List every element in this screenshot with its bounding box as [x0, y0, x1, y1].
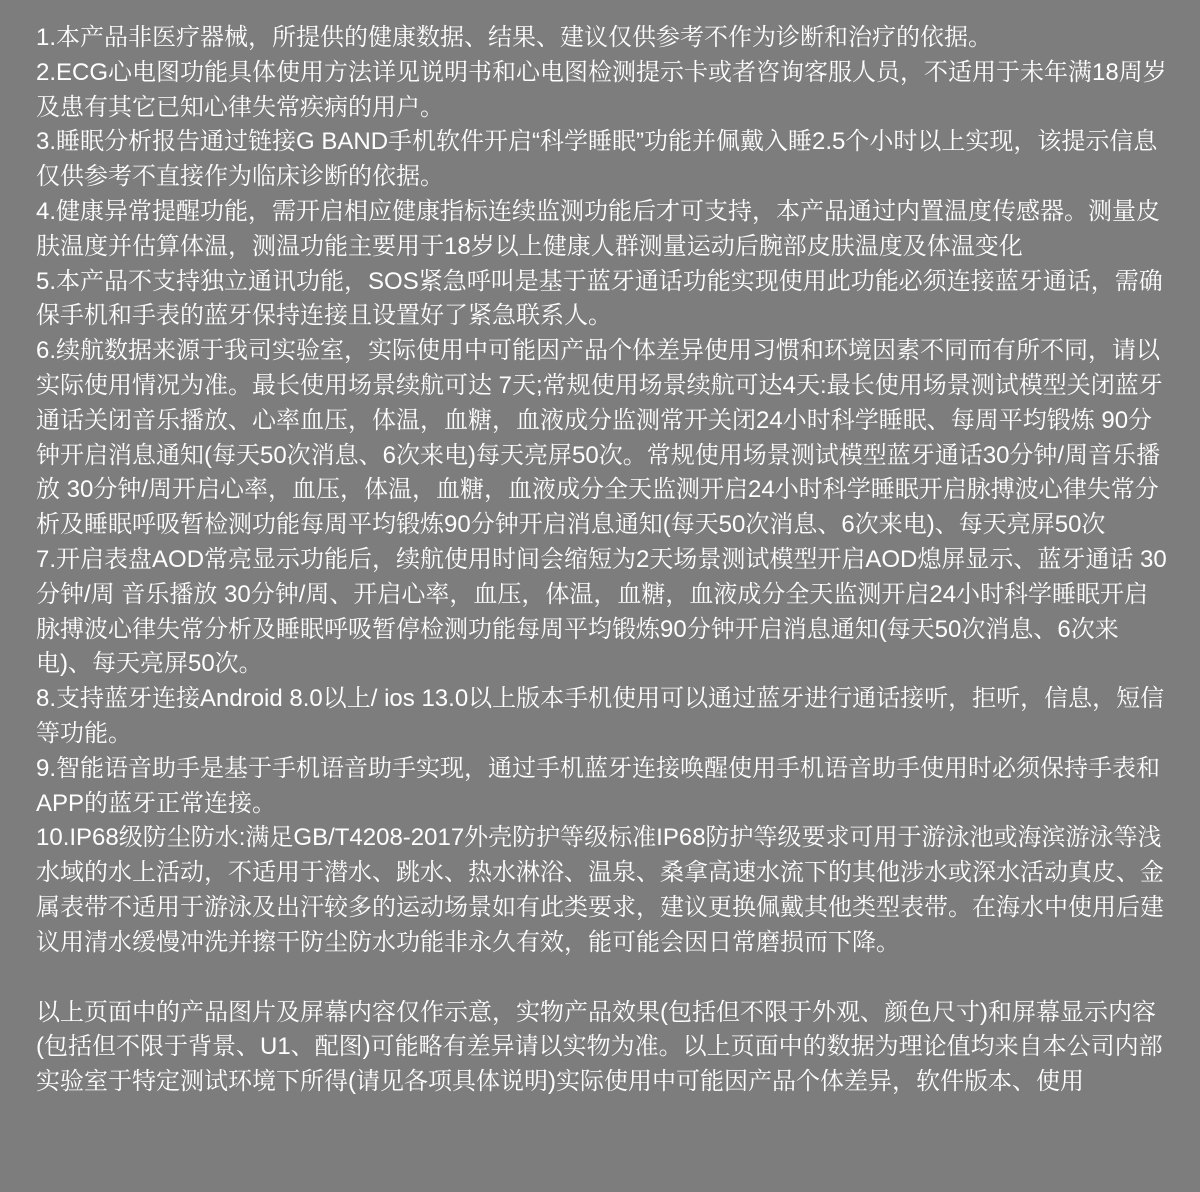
disclaimer-page: 1.本产品非医疗器械，所提供的健康数据、结果、建议仅供参考不作为诊断和治疗的依据… [0, 0, 1200, 1192]
note-item: 2.ECG心电图功能具体使用方法详见说明书和心电图检测提示卡或者咨询客服人员，不… [36, 56, 1168, 126]
note-item: 6.续航数据来源于我司实验室，实际使用中可能因产品个体差异使用习惯和环境因素不同… [36, 334, 1168, 543]
note-item: 4.健康异常提醒功能，需开启相应健康指标连续监测功能后才可支持，本产品通过内置温… [36, 195, 1168, 265]
note-item: 1.本产品非医疗器械，所提供的健康数据、结果、建议仅供参考不作为诊断和治疗的依据… [36, 21, 1168, 56]
note-item: 10.IP68级防尘防水:满足GB/T4208-2017外壳防护等级标准IP68… [36, 821, 1168, 960]
numbered-notes-list: 1.本产品非医疗器械，所提供的健康数据、结果、建议仅供参考不作为诊断和治疗的依据… [36, 21, 1168, 961]
note-item: 5.本产品不支持独立通讯功能，SOS紧急呼叫是基于蓝牙通话功能实现使用此功能必须… [36, 265, 1168, 335]
note-item: 3.睡眠分析报告通过链接G BAND手机软件开启“科学睡眠”功能并佩戴入睡2.5… [36, 125, 1168, 195]
note-item: 7.开启表盘AOD常亮显示功能后，续航使用时间会缩短为2天场景测试模型开启AOD… [36, 543, 1168, 682]
footer-disclaimer-paragraph: 以上页面中的产品图片及屏幕内容仅作示意，实物产品效果(包括但不限于外观、颜色尺寸… [36, 996, 1168, 1100]
note-item: 9.智能语音助手是基于手机语音助手实现，通过手机蓝牙连接唤醒使用手机语音助手使用… [36, 752, 1168, 822]
note-item: 8.支持蓝牙连接Android 8.0以上/ ios 13.0以上版本手机使用可… [36, 682, 1168, 752]
